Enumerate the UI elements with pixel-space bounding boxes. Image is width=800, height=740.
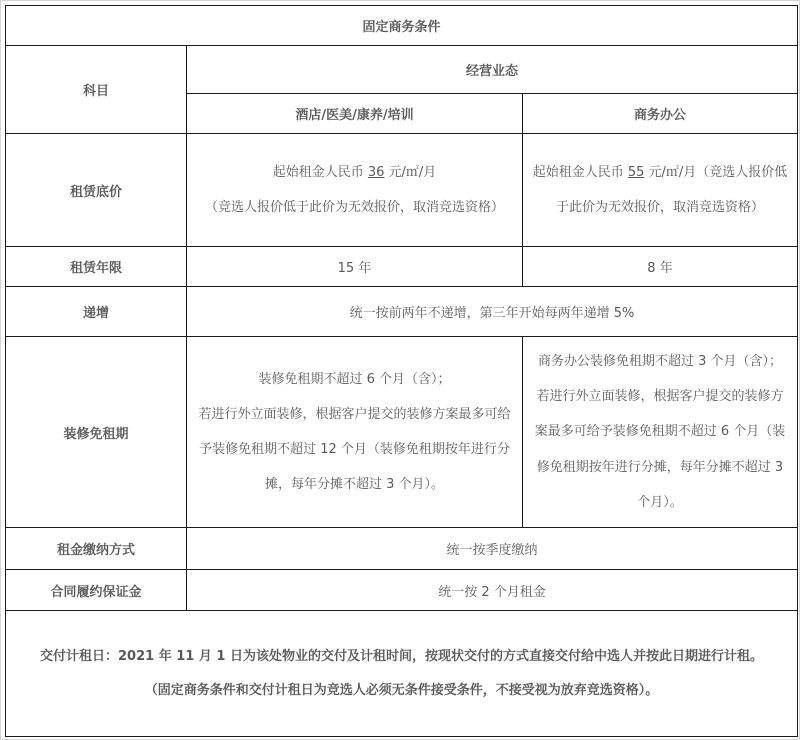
- fixed-business-terms-table: 固定商务条件 科目 经营业态 酒店/医美/康养/培训 商务办公 租赁底价 起始租…: [5, 5, 798, 737]
- rent-free-hotel-line2: 若进行外立面装修，根据客户提交的装修方案最多可给予装修免租期不超过 12 个月（…: [195, 397, 514, 502]
- row-label-escalation: 递增: [6, 287, 187, 337]
- rent-free-office-line1: 商务办公装修免租期不超过 3 个月（含）；: [531, 344, 789, 379]
- deposit-value: 统一按 2 个月租金: [187, 570, 798, 611]
- footer-note: 交付计租日：2021 年 11 月 1 日为该处物业的交付及计租时间，按现状交付…: [6, 611, 798, 737]
- lease-term-office: 8 年: [523, 247, 798, 287]
- row-label-payment-method: 租金缴纳方式: [6, 528, 187, 570]
- base-rent-hotel-cell: 起始租金人民币 36 元/㎡/月 （竞选人报价低于此价为无效报价，取消竞选资格）: [187, 134, 523, 247]
- lease-term-hotel: 15 年: [187, 247, 523, 287]
- footer-note-line2: （固定商务条件和交付计租日为竞选人必须无条件接受条件，不接受视为放弃竞选资格）。: [14, 674, 789, 707]
- header-col-hotel: 酒店/医美/康养/培训: [187, 94, 523, 134]
- rent-free-hotel-line1: 装修免租期不超过 6 个月（含）；: [195, 362, 514, 397]
- rent-free-office-cell: 商务办公装修免租期不超过 3 个月（含）； 若进行外立面装修，根据客户提交的装修…: [523, 337, 798, 528]
- row-label-base-rent: 租赁底价: [6, 134, 187, 247]
- base-rent-office-cell: 起始租金人民币 55 元/㎡/月（竞选人报价低于此价为无效报价，取消竞选资格）: [523, 134, 798, 247]
- header-business-type: 经营业态: [187, 46, 798, 94]
- footer-note-line1: 交付计租日：2021 年 11 月 1 日为该处物业的交付及计租时间，按现状交付…: [14, 640, 789, 673]
- row-label-lease-term: 租赁年限: [6, 247, 187, 287]
- rent-free-office-line2: 若进行外立面装修，根据客户提交的装修方案最多可给予装修免租期不超过 6 个月（装…: [531, 379, 789, 519]
- base-rent-office-value: 55: [628, 165, 645, 180]
- escalation-value: 统一按前两年不递增，第三年开始每两年递增 5%: [187, 287, 798, 337]
- payment-method-value: 统一按季度缴纳: [187, 528, 798, 570]
- rent-free-hotel-cell: 装修免租期不超过 6 个月（含）； 若进行外立面装修，根据客户提交的装修方案最多…: [187, 337, 523, 528]
- header-subject: 科目: [6, 46, 187, 134]
- base-rent-hotel-note: （竞选人报价低于此价为无效报价，取消竞选资格）: [195, 190, 514, 225]
- row-label-rent-free: 装修免租期: [6, 337, 187, 528]
- row-label-deposit: 合同履约保证金: [6, 570, 187, 611]
- base-rent-hotel-price: 起始租金人民币 36 元/㎡/月: [195, 155, 514, 190]
- table-title: 固定商务条件: [6, 6, 798, 46]
- base-rent-hotel-value: 36: [368, 165, 385, 180]
- header-col-office: 商务办公: [523, 94, 798, 134]
- document-page: 固定商务条件 科目 经营业态 酒店/医美/康养/培训 商务办公 租赁底价 起始租…: [0, 0, 800, 740]
